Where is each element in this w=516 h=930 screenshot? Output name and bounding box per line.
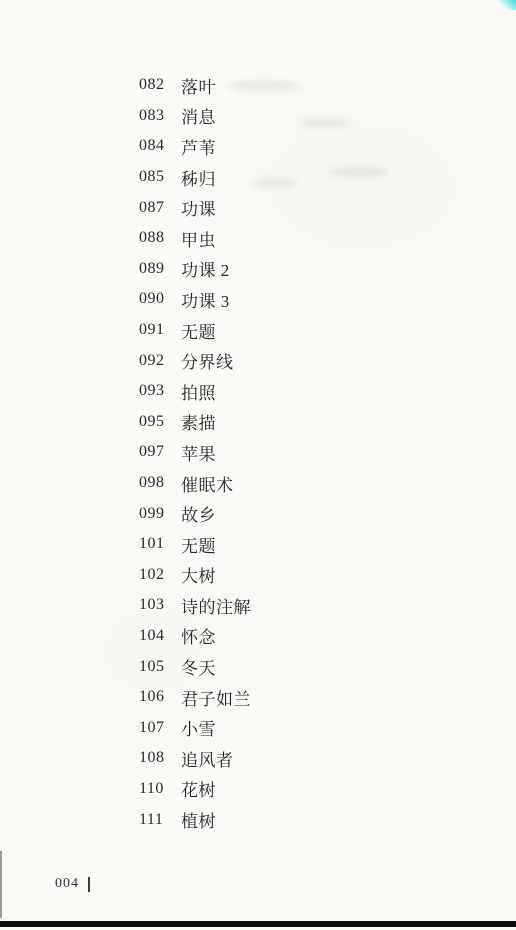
ghost-smudge [252,178,298,188]
toc-title: 大树 [181,562,216,587]
toc-page-number: 104 [139,627,181,645]
toc-title: 诗的注解 [181,593,251,618]
folio-divider [88,877,90,892]
toc-page-number: 107 [139,719,181,737]
toc-page-number: 103 [139,596,181,614]
toc-title: 功课 2 [181,256,230,281]
toc-title: 秭归 [181,165,216,190]
toc-title: 芦苇 [181,134,216,159]
toc-page-number: 097 [139,443,181,461]
book-page: 082落叶083消息084芦苇085秭归087功课088甲虫089功课 2090… [0,0,516,930]
toc-title: 消息 [181,103,216,128]
toc-title: 小雪 [181,715,216,740]
toc-row: 104怀念 [139,621,251,652]
toc-page-number: 105 [139,658,181,676]
toc-page-number: 092 [139,352,181,370]
toc-page-number: 089 [139,260,181,278]
toc-page-number: 083 [139,107,181,125]
toc-row: 101无题 [139,529,251,560]
toc-row: 084芦苇 [139,131,251,162]
toc-page-number: 102 [139,566,181,584]
toc-row: 107小雪 [139,712,251,743]
toc-row: 095素描 [139,407,251,438]
toc-row: 092分界线 [139,345,251,376]
bottom-scan-bar [0,921,516,927]
toc-row: 097苹果 [139,437,251,468]
toc-row: 108追风者 [139,743,251,774]
toc-row: 110花树 [139,774,251,805]
toc-row: 102大树 [139,560,251,591]
corner-scan-mark [498,0,516,10]
toc-row: 099故乡 [139,498,251,529]
toc-page-number: 087 [139,199,181,217]
toc-page-number: 106 [139,688,181,706]
toc-title: 故乡 [181,501,216,526]
toc-title: 素描 [181,409,216,434]
toc-row: 103诗的注解 [139,590,251,621]
toc-row: 093拍照 [139,376,251,407]
toc-title: 功课 [181,195,216,220]
toc-title: 无题 [181,318,216,343]
toc-title: 冬天 [181,654,216,679]
toc-title: 怀念 [181,623,216,648]
toc-page-number: 095 [139,413,181,431]
toc-title: 植树 [181,807,216,832]
toc-row: 088甲虫 [139,223,251,254]
toc-row: 111植树 [139,804,251,835]
toc-page-number: 084 [139,137,181,155]
toc-page-number: 082 [139,76,181,94]
ghost-smudge [298,118,350,128]
toc-row: 087功课 [139,192,251,223]
page-footer: 004 [55,875,90,893]
toc-page-number: 091 [139,321,181,339]
toc-row: 098催眠术 [139,468,251,499]
toc-title: 拍照 [181,379,216,404]
folio-number: 004 [55,876,79,892]
toc-page-number: 101 [139,535,181,553]
toc-row: 090功课 3 [139,284,251,315]
toc-row: 089功课 2 [139,254,251,285]
toc-page-number: 098 [139,474,181,492]
toc-title: 分界线 [181,348,234,373]
toc-title: 甲虫 [181,226,216,251]
toc-page-number: 111 [139,811,181,829]
toc-row: 085秭归 [139,162,251,193]
toc-page-number: 090 [139,290,181,308]
toc-page-number: 093 [139,382,181,400]
toc-row: 091无题 [139,315,251,346]
toc-page-number: 110 [139,780,181,798]
toc-title: 苹果 [181,440,216,465]
left-edge-scan-line [0,851,2,918]
toc-title: 君子如兰 [181,685,251,710]
toc-page-number: 085 [139,168,181,186]
toc-row: 082落叶 [139,70,251,101]
toc-page-number: 099 [139,505,181,523]
toc-page-number: 088 [139,229,181,247]
toc-title: 无题 [181,532,216,557]
toc-entries: 082落叶083消息084芦苇085秭归087功课088甲虫089功课 2090… [139,70,251,835]
toc-page-number: 108 [139,749,181,767]
toc-title: 花树 [181,776,216,801]
toc-row: 106君子如兰 [139,682,251,713]
toc-title: 追风者 [181,746,234,771]
toc-row: 105冬天 [139,651,251,682]
toc-title: 催眠术 [181,471,234,496]
toc-row: 083消息 [139,101,251,132]
toc-title: 落叶 [181,73,216,98]
toc-title: 功课 3 [181,287,230,312]
ghost-smudge [328,166,390,178]
